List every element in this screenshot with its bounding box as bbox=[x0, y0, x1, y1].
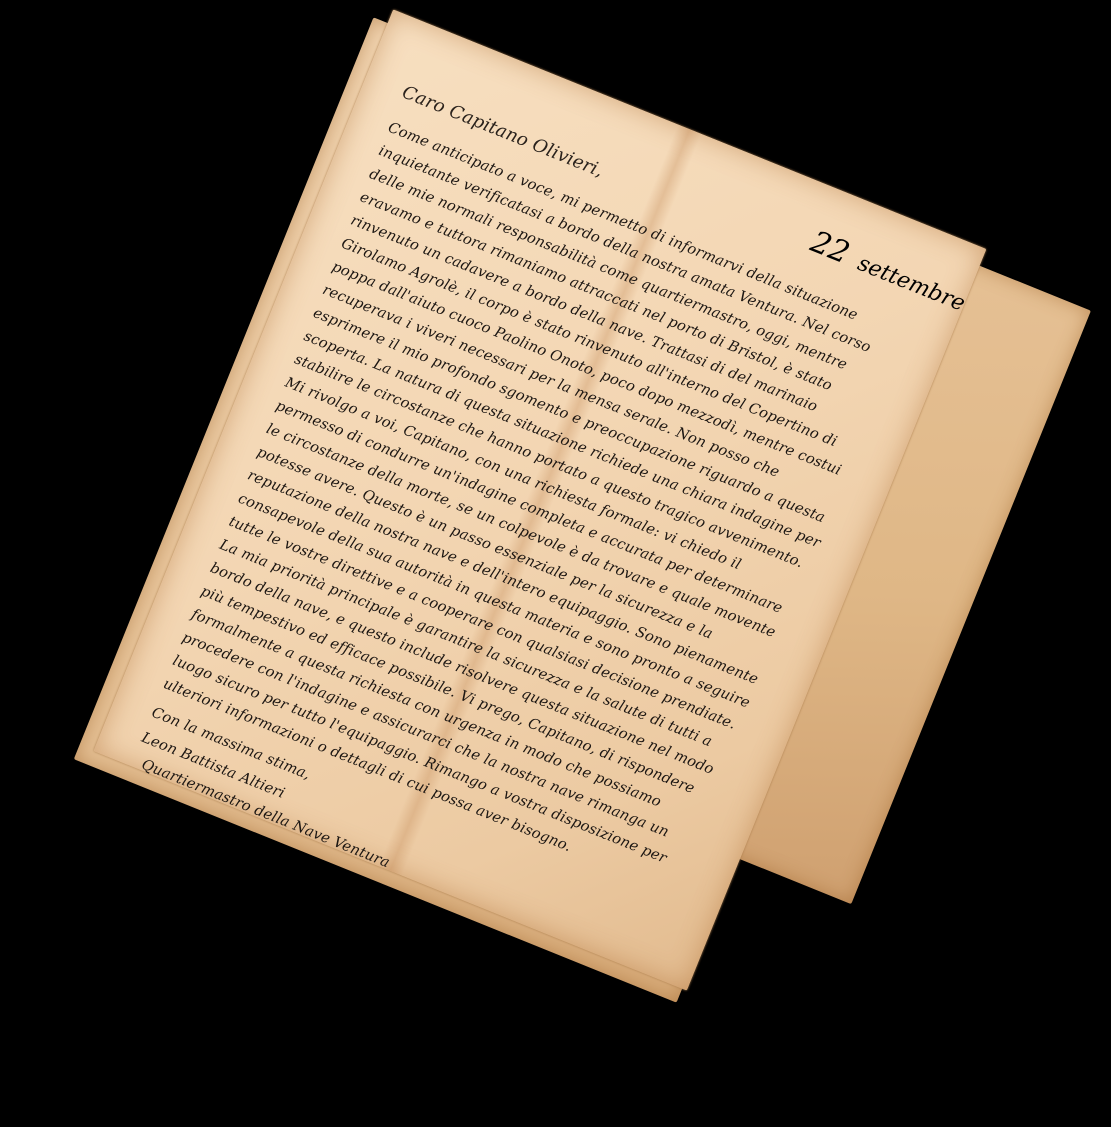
paper-stack: 22 settembre Caro Capitano Olivieri, Com… bbox=[0, 0, 1111, 1127]
